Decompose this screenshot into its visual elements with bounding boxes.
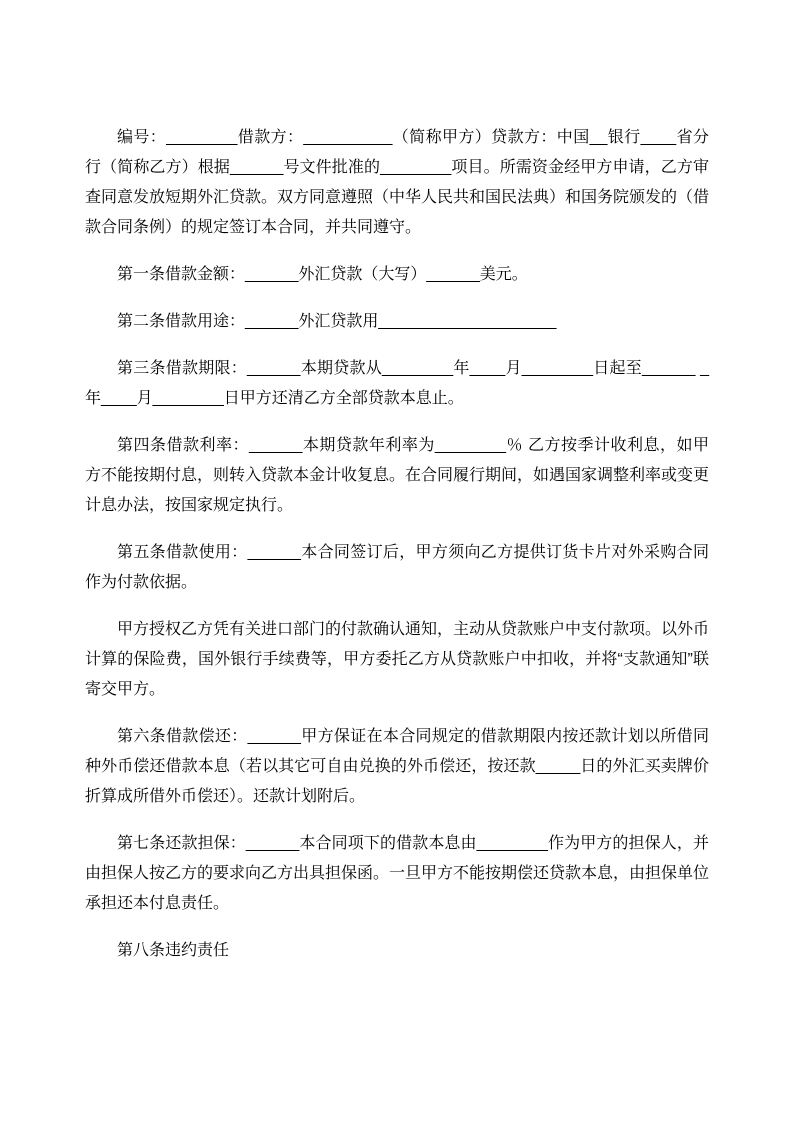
article-8-breach-liability: 第八条违约责任 [85, 936, 709, 966]
article-3-loan-term: 第三条借款期限：______本期贷款从________年____月_______… [85, 354, 709, 414]
article-7-repayment-guarantee: 第七条还款担保：______本合同项下的借款本息由________作为甲方的担保… [85, 829, 709, 919]
document-page: 编号：________借款方：__________（简称甲方）贷款方：中国__银… [0, 0, 793, 1122]
article-6-repayment: 第六条借款偿还：______甲方保证在本合同规定的借款期限内按还款计划以所借同种… [85, 722, 709, 812]
article-1-loan-amount: 第一条借款金额：______外汇贷款（大写）______美元。 [85, 260, 709, 290]
article-2-loan-purpose: 第二条借款用途：______外汇贷款用____________________ [85, 307, 709, 337]
article-4-interest-rate: 第四条借款利率：______本期贷款年利率为________％ 乙方按季计收利息… [85, 431, 709, 521]
article-5-loan-usage: 第五条借款使用：______本合同签订后，甲方须向乙方提供订货卡片对外采购合同作… [85, 538, 709, 598]
contract-preamble: 编号：________借款方：__________（简称甲方）贷款方：中国__银… [85, 123, 709, 243]
contract-body: 编号：________借款方：__________（简称甲方）贷款方：中国__银… [85, 123, 709, 966]
payment-authorization-clause: 甲方授权乙方凭有关进口部门的付款确认通知，主动从贷款账户中支付款项。以外币计算的… [85, 615, 709, 705]
